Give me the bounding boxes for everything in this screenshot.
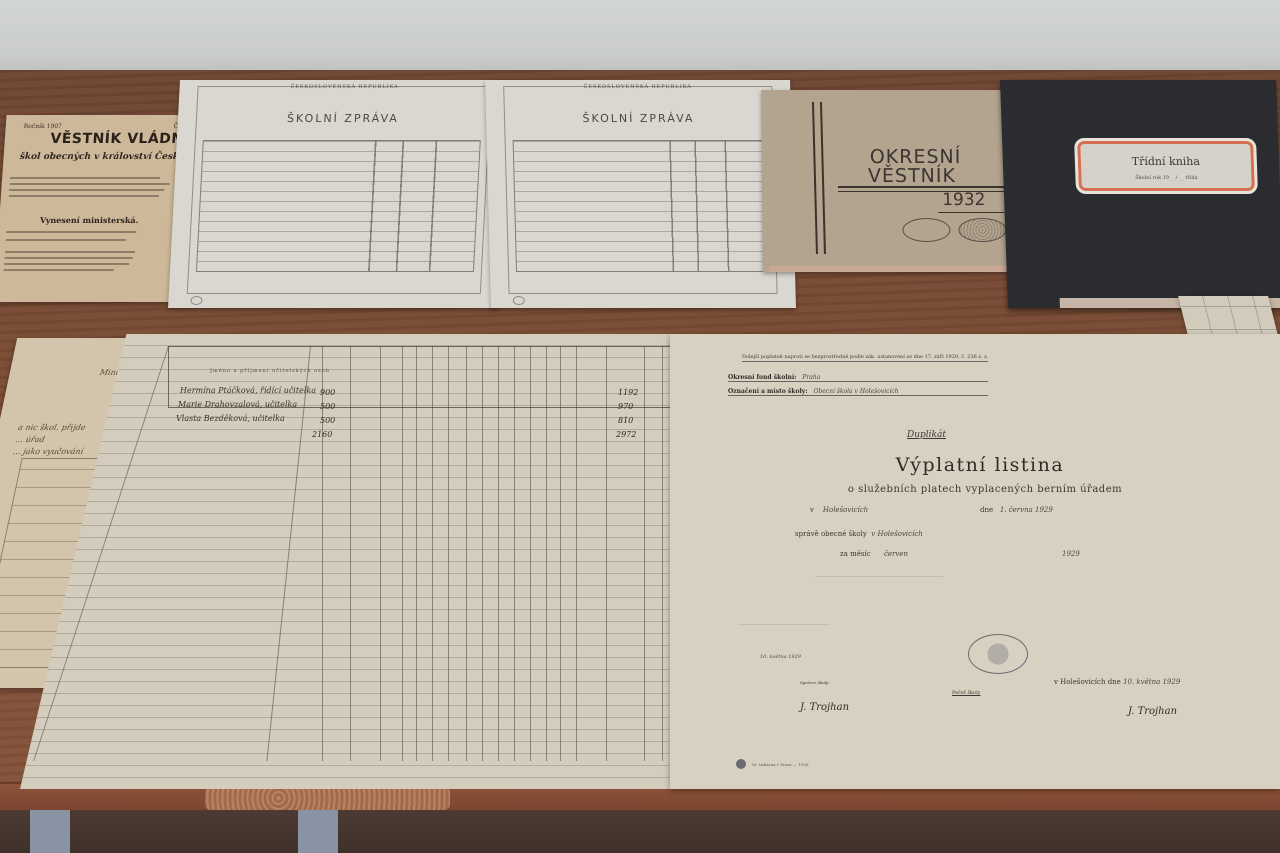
printer-footer: St. tiskárna v Praze — 1928 [752,762,809,767]
signature-left: J. Trojhan [800,702,849,713]
stamp-label: Pečeť školy [952,690,981,696]
ledger-header: Jméno a příjmení učitelských osob [210,368,330,374]
official-seal-icon [968,634,1028,674]
book-title: Třídní kniha [1078,155,1254,168]
okresni-vestnik-booklet: OKRESNÍ VĚSTNÍK 1932 [761,90,1041,272]
seal-icon [958,218,1006,242]
vyplatni-listina-spread: Jméno a příjmení učitelských osob Hermín… [20,334,1280,789]
report-header: ČESKOSLOVENSKÁ REPUBLIKA [179,84,509,90]
seal-icon [902,218,950,242]
school-name-field: Označení a místo školy:Obecní škola v Ho… [728,388,988,396]
district-fund-field: Okresní fond školní:Praha [728,374,988,382]
ledger-entry: Hermína Ptáčková, řídící učitelka [180,386,316,395]
book-subtitle: Školní rok 19__ / __ třída [1078,175,1254,181]
book-label: Třídní kniha Školní rok 19__ / __ třída [1074,138,1258,194]
report-title: ŠKOLNÍ ZPRÁVA [486,112,791,125]
grades-table [196,140,481,272]
booklet-title-line2: VĚSTNÍK [868,165,956,187]
table-leg [298,810,338,853]
legal-note: Dolejší poplatek naproti se bezprostředn… [742,354,988,362]
issue-year: Ročník 1907 [23,123,62,130]
skolni-zprava-report-1: ČESKOSLOVENSKÁ REPUBLIKA ŠKOLNÍ ZPRÁVA [168,80,510,308]
grades-table [513,140,769,272]
vyplatni-listina-form: Dolejší poplatek naproti se bezprostředn… [670,334,1280,789]
signature-place-date: v Holešovicích dne 10. května 1929 [1054,678,1180,686]
stamp-icon [190,296,202,305]
ledger-entry: Vlasta Bezděková, učitelka [176,414,285,423]
form-title: Výplatní listina [670,454,1280,476]
signature-right: J. Trojhan [1128,706,1177,717]
form-subtitle: o služebních platech vyplacených berním … [670,484,1280,495]
printer-logo-icon [736,759,746,769]
skolni-zprava-report-2: ČESKOSLOVENSKÁ REPUBLIKA ŠKOLNÍ ZPRÁVA [485,80,796,308]
report-header: ČESKOSLOVENSKÁ REPUBLIKA [485,84,790,90]
duplicate-mark: Duplikát [907,430,946,440]
report-title: ŠKOLNÍ ZPRÁVA [178,112,509,125]
tridni-kniha-book: Třídní kniha Školní rok 19__ / __ třída [1000,80,1280,308]
ledger-entry: Marie Drahovzalová, učitelka [178,400,297,409]
salary-ledger-page: Jméno a příjmení učitelských osob Hermín… [20,334,685,789]
floor [0,810,1280,853]
stamp-icon [513,296,525,305]
table-leg [30,810,70,853]
booklet-year: 1932 [942,190,985,210]
admin-date-line: 10. května 1929 [760,654,801,660]
section-heading: Vynesení ministerská. [19,215,160,225]
chipped-table-edge [205,786,450,810]
